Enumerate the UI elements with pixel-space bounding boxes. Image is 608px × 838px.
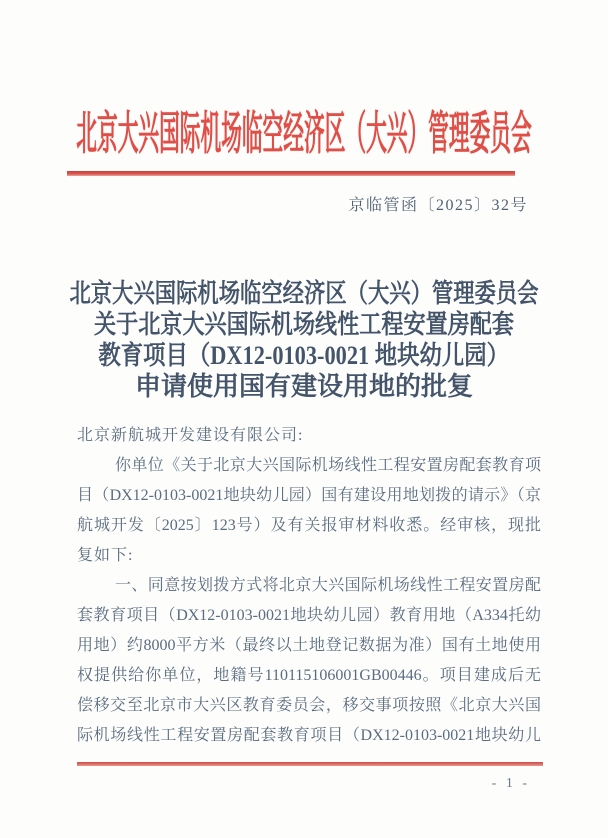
document-body: 北京新航城开发建设有限公司: 你单位《关于北京大兴国际机场线性工程安置房配套教育… [77, 421, 541, 751]
body-line: 权提供给你单位，地籍号110115106001GB00446。项目建成后无 [77, 661, 541, 691]
body-line: 际机场线性工程安置房配套教育项目（DX12-0103-0021地块幼儿 [77, 721, 541, 751]
title-line: 北京大兴国际机场临空经济区（大兴）管理委员会 [0, 276, 608, 307]
title-line: 关于北京大兴国际机场线性工程安置房配套 [0, 307, 608, 338]
letterhead: 北京大兴国际机场临空经济区（大兴）管理委员会 [0, 98, 608, 162]
body-line: 套教育项目（DX12-0103-0021地块幼儿园）教育用地（A334托幼 [77, 601, 541, 631]
document-title: 北京大兴国际机场临空经济区（大兴）管理委员会 关于北京大兴国际机场线性工程安置房… [0, 276, 608, 400]
page-number: - 1 - [492, 776, 530, 792]
body-line: 你单位《关于北京大兴国际机场线性工程安置房配套教育项 [77, 451, 541, 481]
body-line: 目（DX12-0103-0021地块幼儿园）国有建设用地划拨的请示》（京 [77, 481, 541, 511]
salutation-line: 北京新航城开发建设有限公司: [77, 421, 541, 451]
body-line: 一、同意按划拨方式将北京大兴国际机场线性工程安置房配 [77, 571, 541, 601]
document-number: 京临管函〔2025〕32号 [348, 192, 528, 215]
body-line: 复如下: [77, 541, 541, 571]
body-line: 航城开发〔2025〕123号）及有关报审材料收悉。经审核，现批 [77, 511, 541, 541]
letterhead-rule [67, 171, 515, 176]
letterhead-org-name: 北京大兴国际机场临空经济区（大兴）管理委员会 [76, 97, 531, 163]
title-line: 教育项目（DX12-0103-0021 地块幼儿园） [0, 338, 608, 369]
footer-rule [77, 762, 543, 766]
title-line: 申请使用国有建设用地的批复 [0, 369, 608, 400]
body-line: 用地）约8000平方米（最终以土地登记数据为准）国有土地使用 [77, 631, 541, 661]
body-line: 偿移交至北京市大兴区教育委员会，移交事项按照《北京大兴国 [77, 691, 541, 721]
document-page: 北京大兴国际机场临空经济区（大兴）管理委员会 京临管函〔2025〕32号 北京大… [0, 0, 608, 838]
title-line-3: 教育项目（DX12-0103-0021 地块幼儿园） [99, 335, 510, 372]
